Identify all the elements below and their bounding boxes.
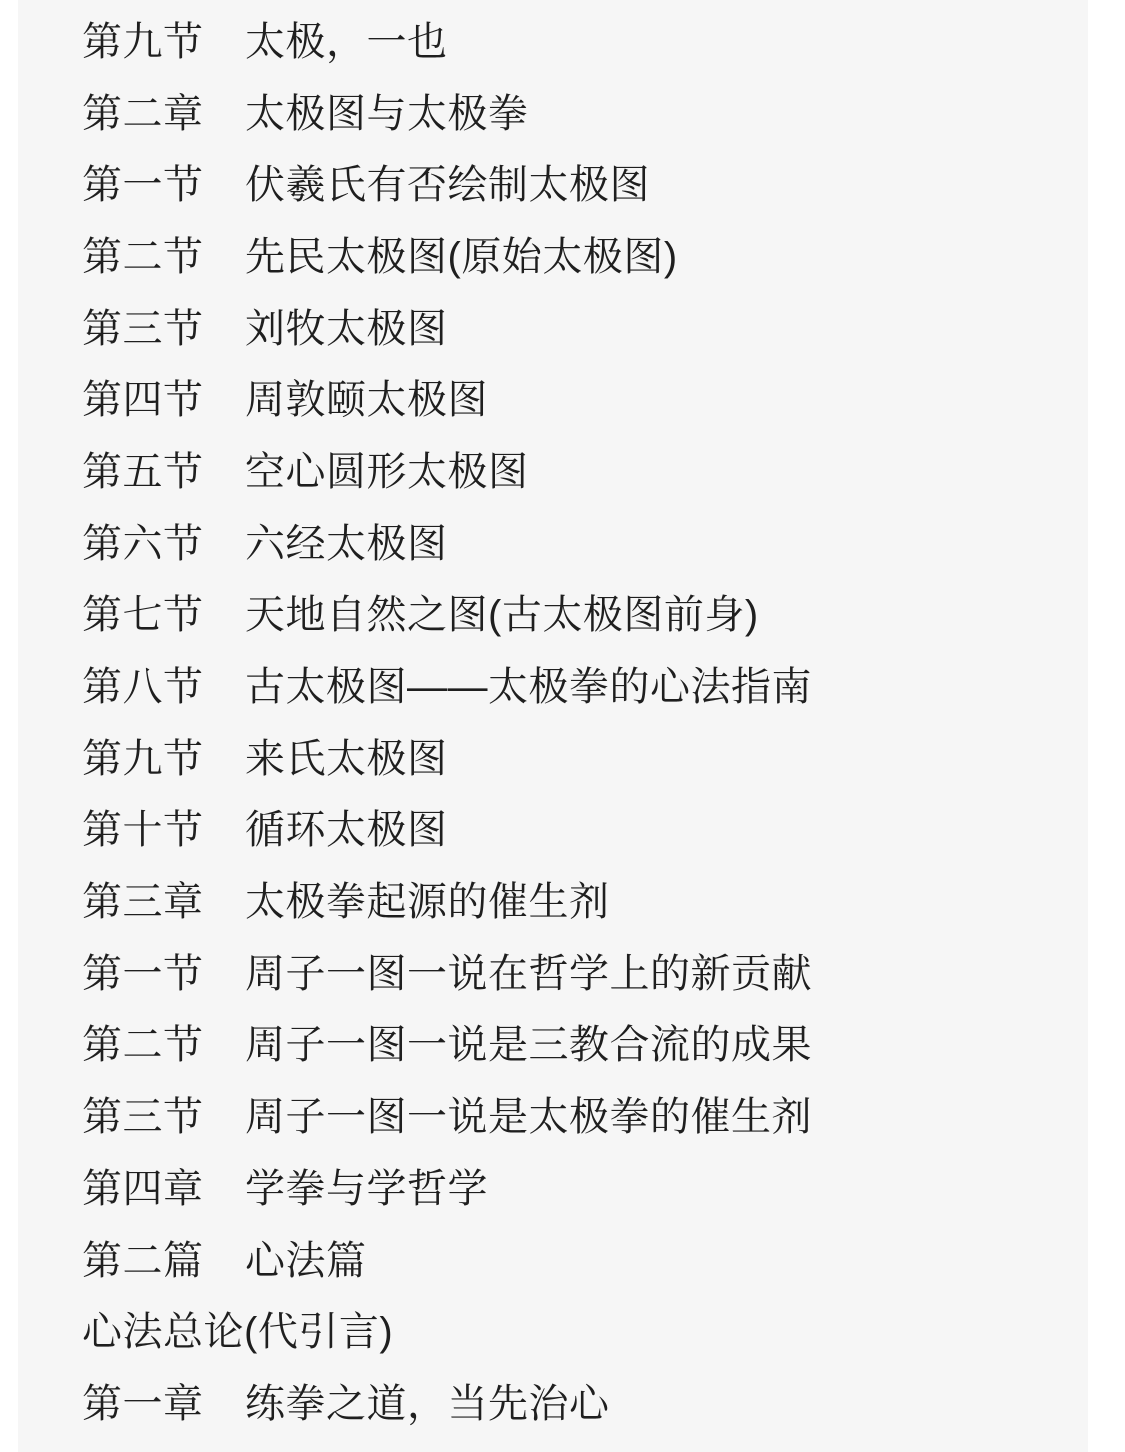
toc-entry-title: 六经太极图 bbox=[245, 524, 448, 564]
toc-entry[interactable]: 第十节 循环太极图 bbox=[82, 795, 1088, 867]
toc-entry-label: 第十节 bbox=[82, 810, 245, 850]
toc-entry[interactable]: 第二篇 心法篇 bbox=[82, 1225, 1088, 1297]
toc-entry-title: 心法篇 bbox=[245, 1241, 367, 1281]
toc-list: 第九节 太极，一也 第二章 太极图与太极拳 第一节 伏羲氏有否绘制太极图 第二节… bbox=[18, 0, 1088, 1440]
toc-entry[interactable]: 第七节 天地自然之图(古太极图前身) bbox=[82, 580, 1088, 652]
toc-entry-title: 天地自然之图(古太极图前身) bbox=[245, 595, 759, 635]
toc-entry-label: 第一节 bbox=[82, 954, 245, 994]
toc-entry-label: 第五节 bbox=[82, 452, 245, 492]
toc-entry-label: 第二节 bbox=[82, 237, 245, 277]
toc-page: 第九节 太极，一也 第二章 太极图与太极拳 第一节 伏羲氏有否绘制太极图 第二节… bbox=[18, 0, 1088, 1452]
toc-entry-title: 来氏太极图 bbox=[245, 739, 448, 779]
toc-entry-label: 第三节 bbox=[82, 309, 245, 349]
toc-entry-title: 周敦颐太极图 bbox=[245, 380, 488, 420]
toc-entry[interactable]: 第四节 周敦颐太极图 bbox=[82, 364, 1088, 436]
toc-entry-label: 第二篇 bbox=[82, 1241, 245, 1281]
toc-entry-label: 第六节 bbox=[82, 524, 245, 564]
toc-entry-title: 太极，一也 bbox=[245, 22, 448, 62]
toc-entry-label: 第一章 bbox=[82, 1384, 245, 1424]
toc-entry[interactable]: 第四章 学拳与学哲学 bbox=[82, 1153, 1088, 1225]
toc-entry[interactable]: 第八节 古太极图——太极拳的心法指南 bbox=[82, 651, 1088, 723]
toc-entry[interactable]: 第九节 来氏太极图 bbox=[82, 723, 1088, 795]
toc-entry-title: 心法总论(代引言) bbox=[82, 1312, 393, 1352]
toc-entry-title: 周子一图一说是三教合流的成果 bbox=[245, 1025, 812, 1065]
toc-entry-title: 周子一图一说是太极拳的催生剂 bbox=[245, 1097, 812, 1137]
toc-entry[interactable]: 第二节 周子一图一说是三教合流的成果 bbox=[82, 1010, 1088, 1082]
toc-entry[interactable]: 第三节 周子一图一说是太极拳的催生剂 bbox=[82, 1081, 1088, 1153]
right-page-margin bbox=[1088, 0, 1125, 1452]
toc-entry-title: 循环太极图 bbox=[245, 810, 448, 850]
toc-entry-title: 伏羲氏有否绘制太极图 bbox=[245, 165, 650, 205]
toc-entry-label: 第九节 bbox=[82, 22, 245, 62]
toc-entry-title: 太极图与太极拳 bbox=[245, 94, 529, 134]
toc-entry-title: 刘牧太极图 bbox=[245, 309, 448, 349]
toc-entry[interactable]: 第一节 伏羲氏有否绘制太极图 bbox=[82, 149, 1088, 221]
toc-entry-title: 先民太极图(原始太极图) bbox=[245, 237, 678, 277]
toc-entry-label: 第八节 bbox=[82, 667, 245, 707]
toc-entry[interactable]: 第九节 太极，一也 bbox=[82, 6, 1088, 78]
toc-entry[interactable]: 心法总论(代引言) bbox=[82, 1296, 1088, 1368]
toc-entry-label: 第二章 bbox=[82, 94, 245, 134]
toc-entry-label: 第四章 bbox=[82, 1169, 245, 1209]
toc-entry-title: 练拳之道，当先治心 bbox=[245, 1384, 610, 1424]
toc-entry[interactable]: 第一节 周子一图一说在哲学上的新贡献 bbox=[82, 938, 1088, 1010]
toc-entry-label: 第二节 bbox=[82, 1025, 245, 1065]
toc-entry-title: 古太极图——太极拳的心法指南 bbox=[245, 667, 812, 707]
toc-entry[interactable]: 第一章 练拳之道，当先治心 bbox=[82, 1368, 1088, 1440]
toc-entry-label: 第三节 bbox=[82, 1097, 245, 1137]
toc-entry[interactable]: 第六节 六经太极图 bbox=[82, 508, 1088, 580]
toc-entry-title: 太极拳起源的催生剂 bbox=[245, 882, 610, 922]
toc-entry[interactable]: 第五节 空心圆形太极图 bbox=[82, 436, 1088, 508]
toc-entry[interactable]: 第二章 太极图与太极拳 bbox=[82, 78, 1088, 150]
toc-entry-label: 第九节 bbox=[82, 739, 245, 779]
toc-entry-label: 第七节 bbox=[82, 595, 245, 635]
toc-entry-label: 第四节 bbox=[82, 380, 245, 420]
toc-entry-title: 周子一图一说在哲学上的新贡献 bbox=[245, 954, 812, 994]
toc-entry-label: 第三章 bbox=[82, 882, 245, 922]
toc-entry[interactable]: 第三章 太极拳起源的催生剂 bbox=[82, 866, 1088, 938]
left-page-margin bbox=[0, 0, 18, 1452]
toc-entry-title: 空心圆形太极图 bbox=[245, 452, 529, 492]
toc-entry[interactable]: 第二节 先民太极图(原始太极图) bbox=[82, 221, 1088, 293]
toc-entry-label: 第一节 bbox=[82, 165, 245, 205]
toc-entry-title: 学拳与学哲学 bbox=[245, 1169, 488, 1209]
toc-entry[interactable]: 第三节 刘牧太极图 bbox=[82, 293, 1088, 365]
